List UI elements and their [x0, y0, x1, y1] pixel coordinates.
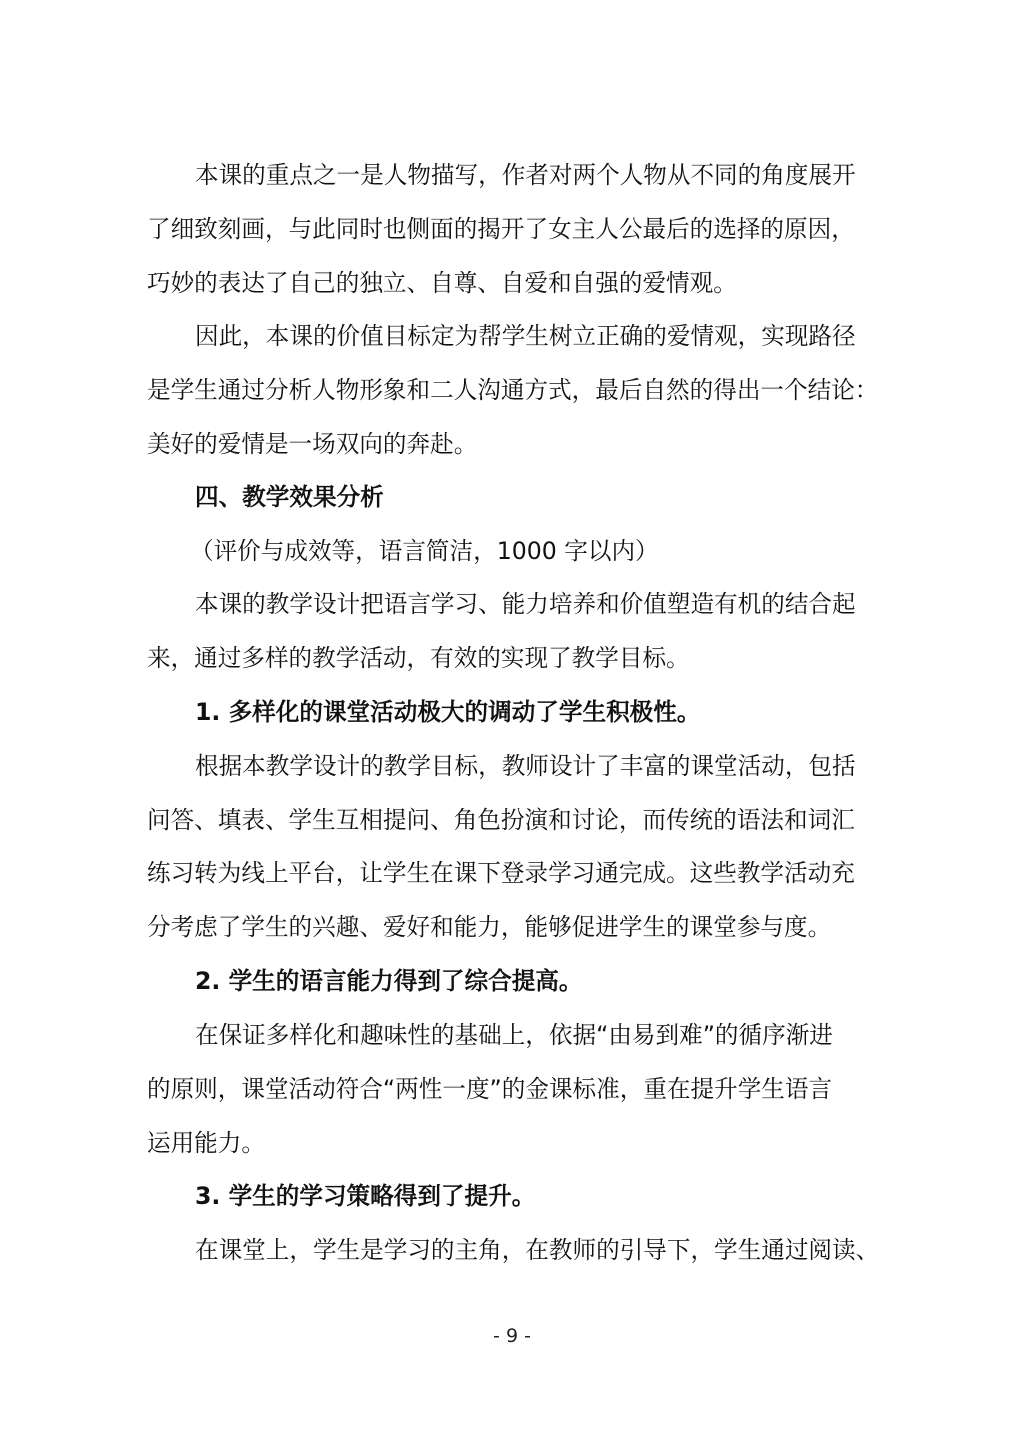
- paragraph-line: 在课堂上，学生是学习的主角，在教师的引导下，学生通过阅读、: [195, 1230, 935, 1270]
- paragraph-line: 了细致刻画，与此同时也侧面的揭开了女主人公最后的选择的原因，: [147, 209, 887, 249]
- section-instruction: （评价与成效等，语言简洁，1000 字以内）: [190, 531, 930, 571]
- subsection-heading: 2. 学生的语言能力得到了综合提高。: [195, 961, 935, 1001]
- document-page: 本课的重点之一是人物描写，作者对两个人物从不同的角度展开 了细致刻画，与此同时也…: [0, 0, 1024, 1448]
- subsection-heading: 1. 多样化的课堂活动极大的调动了学生积极性。: [195, 692, 935, 732]
- paragraph-line: 问答、填表、学生互相提问、角色扮演和讨论，而传统的语法和词汇: [147, 800, 887, 840]
- paragraph-line: 因此，本课的价值目标定为帮学生树立正确的爱情观，实现路径: [195, 316, 935, 356]
- paragraph-line: 运用能力。: [147, 1123, 887, 1163]
- paragraph-line: 是学生通过分析人物形象和二人沟通方式，最后自然的得出一个结论：: [147, 370, 887, 410]
- paragraph-line: 在保证多样化和趣味性的基础上，依据“由易到难”的循序渐进: [195, 1015, 935, 1055]
- paragraph-line: 分考虑了学生的兴趣、爱好和能力，能够促进学生的课堂参与度。: [147, 907, 887, 947]
- paragraph-line: 本课的重点之一是人物描写，作者对两个人物从不同的角度展开: [195, 155, 935, 195]
- paragraph-line: 练习转为线上平台，让学生在课下登录学习通完成。这些教学活动充: [147, 853, 887, 893]
- paragraph-line: 来，通过多样的教学活动，有效的实现了教学目标。: [147, 638, 887, 678]
- paragraph-line: 的原则，课堂活动符合“两性一度”的金课标准，重在提升学生语言: [147, 1069, 887, 1109]
- paragraph-line: 本课的教学设计把语言学习、能力培养和价值塑造有机的结合起: [195, 584, 935, 624]
- paragraph-line: 美好的爱情是一场双向的奔赴。: [147, 424, 887, 464]
- paragraph-line: 根据本教学设计的教学目标，教师设计了丰富的课堂活动，包括: [195, 746, 935, 786]
- section-heading: 四、教学效果分析: [195, 477, 935, 517]
- page-number: - 9 -: [0, 1322, 1024, 1350]
- subsection-heading: 3. 学生的学习策略得到了提升。: [195, 1176, 935, 1216]
- paragraph-line: 巧妙的表达了自己的独立、自尊、自爱和自强的爱情观。: [147, 263, 887, 303]
